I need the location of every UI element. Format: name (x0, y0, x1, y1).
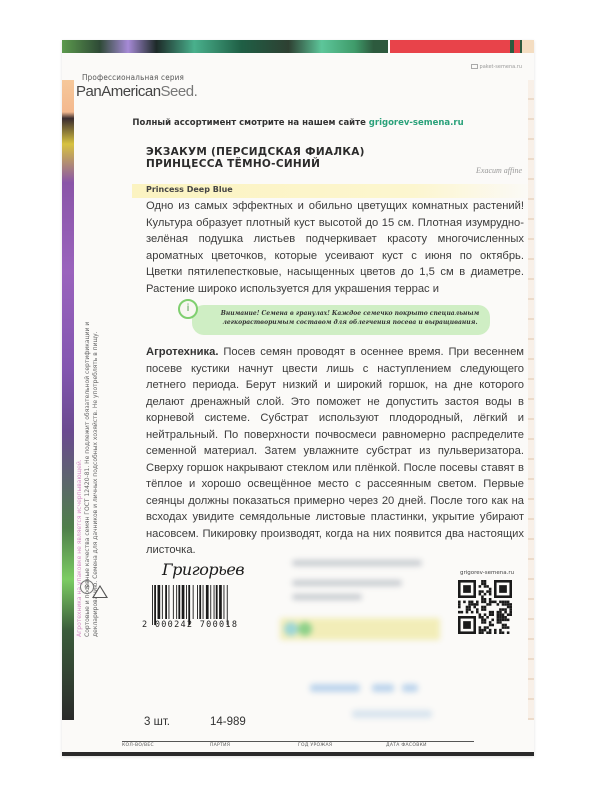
brand-main: PanAmerican (76, 83, 161, 100)
title-line-1: ЭКЗАКУМ (ПЕРСИДСКАЯ ФИАЛКА) (146, 146, 365, 158)
website-link[interactable]: grigorev-semena.ru (369, 118, 464, 128)
info-icon: i (178, 299, 198, 319)
brand-light: Seed. (161, 83, 198, 100)
footer-label-batch: ПАРТИЯ (210, 743, 298, 748)
agro-label: Агротехника. (146, 346, 218, 358)
barcode (150, 585, 260, 625)
bottom-edge (62, 752, 534, 756)
product-title: ЭКЗАКУМ (ПЕРСИДСКАЯ ФИАЛКА) ПРИНЦЕССА ТЁ… (146, 146, 365, 170)
footer-label-pack-date: ДАТА ФАСОВКИ (386, 743, 474, 748)
agro-text: Посев семян проводят в осеннее время. Пр… (146, 346, 524, 556)
cream-band (522, 40, 534, 53)
agrotechnics: Агротехника. Посев семян проводят в осен… (146, 344, 524, 559)
series-label: Профессиональная серия (82, 73, 184, 82)
footer-labels: КОЛ-ВО/ВЕС ПАРТИЯ ГОД УРОЖАЯ ДАТА ФАСОВК… (122, 743, 474, 748)
red-band (388, 40, 510, 53)
envelope-icon (471, 64, 478, 69)
qr-code[interactable] (458, 580, 512, 634)
granules-notice: Внимание! Семена в гранулах! Каждое семе… (192, 305, 490, 335)
qr-site: grigorev-semena.ru (460, 570, 514, 576)
red-band-small (514, 40, 520, 53)
top-image-strip (62, 40, 534, 53)
right-edge-pattern (528, 80, 534, 720)
barcode-number: 2 000242 700018 (142, 620, 238, 630)
grigorev-signature: Григорьев (162, 560, 244, 579)
recycle-pap-icon (92, 585, 108, 598)
seed-packet: Профессиональная серия PanAmericanSeed. … (62, 40, 534, 756)
blurred-label-area (280, 552, 440, 722)
footer-label-qty: КОЛ-ВО/ВЕС (122, 743, 210, 748)
full-range-line: Полный ассортимент смотрите на нашем сай… (62, 118, 534, 128)
paket-site-text: paket-semena.ru (480, 64, 522, 70)
batch-value: 14-989 (210, 716, 246, 728)
left-flower-strip (62, 80, 74, 720)
footer-label-harvest: ГОД УРОЖАЯ (298, 743, 386, 748)
latin-name: Exacum affine (476, 166, 522, 175)
description: Одно из самых эффектных и обильно цветущ… (146, 198, 524, 297)
paket-site: paket-semena.ru (471, 64, 522, 70)
title-line-2: ПРИНЦЕССА ТЁМНО-СИНИЙ (146, 158, 365, 170)
footer-divider (122, 741, 474, 742)
full-range-text: Полный ассортимент смотрите на нашем сай… (132, 118, 365, 128)
quantity-value: 3 шт. (144, 716, 170, 728)
variety-name: Princess Deep Blue (146, 185, 233, 194)
brand-logo: PanAmericanSeed. (76, 83, 197, 100)
